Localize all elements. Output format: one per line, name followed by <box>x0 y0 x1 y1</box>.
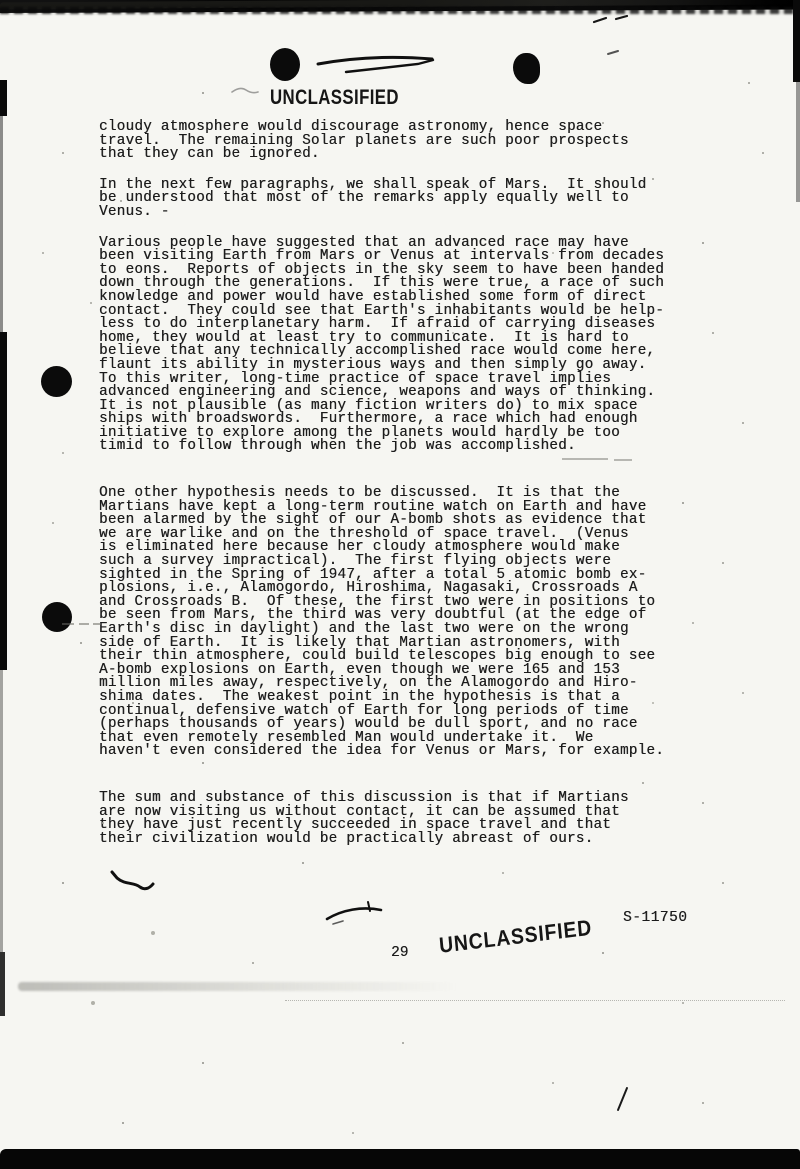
scan-edge-right <box>796 82 800 202</box>
paragraph: Various people have suggested that an ad… <box>99 237 679 455</box>
pen-tick <box>616 16 627 19</box>
document-body: cloudy atmosphere would discourage astro… <box>99 121 679 863</box>
pen-tick <box>333 921 343 924</box>
punch-hole-mark <box>41 366 72 397</box>
pen-scribble <box>327 908 381 919</box>
punch-hole-mark <box>513 53 540 84</box>
pen-scribble <box>318 57 432 64</box>
pen-tick <box>368 902 370 911</box>
scan-edge-left <box>0 116 3 332</box>
document-number: S-11750 <box>623 910 687 926</box>
scan-edge-left <box>0 670 3 952</box>
page-number: 29 <box>391 945 408 961</box>
paragraph: The sum and substance of this discussion… <box>99 792 679 846</box>
scan-edge-right <box>793 0 800 82</box>
scan-edge-bottom-fuzz <box>0 7 800 14</box>
pen-tick <box>608 51 618 54</box>
pen-slash <box>618 1088 627 1110</box>
punch-hole-mark <box>42 602 72 632</box>
scan-noise-speckles <box>0 0 2 2</box>
pen-scribble <box>232 88 258 92</box>
paragraph: cloudy atmosphere would discourage astro… <box>99 121 679 162</box>
scan-edge-left <box>0 80 7 116</box>
footer-classification-stamp: UNCLASSIFIED <box>438 915 593 959</box>
pen-tick <box>594 18 606 22</box>
scan-edge-left <box>0 332 7 670</box>
paragraph: In the next few paragraphs, we shall spe… <box>99 179 679 220</box>
paragraph: One other hypothesis needs to be discuss… <box>99 487 679 759</box>
scanned-document-page: UNCLASSIFIED cloudy atmosphere would dis… <box>0 0 800 1169</box>
pen-scribble <box>112 872 153 889</box>
pen-scribble <box>346 60 433 72</box>
scan-edge-bottom <box>0 1149 800 1169</box>
scan-smudge-streak <box>18 982 458 991</box>
punch-hole-mark <box>270 48 300 81</box>
header-classification-stamp: UNCLASSIFIED <box>270 86 399 110</box>
scan-edge-left <box>0 952 5 1016</box>
faint-dotted-line <box>285 1000 785 1001</box>
